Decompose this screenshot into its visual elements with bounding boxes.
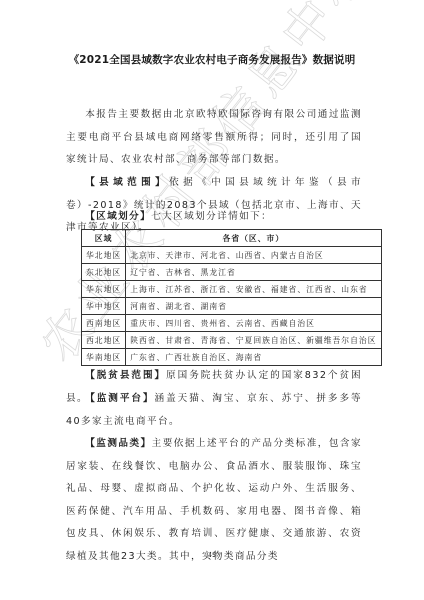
table-row: 西南地区 重庆市、四川省、贵州省、云南省、西藏自治区 [82,315,382,332]
table-header-row: 区域 各省（区、市） [82,230,382,247]
region-cell: 华北地区 [82,247,126,264]
region-cell: 华东地区 [82,281,126,298]
provinces-cell: 陕西省、甘肃省、青海省、宁夏回族自治区、新疆维吾尔自治区 [126,332,381,349]
provinces-cell: 北京市、天津市、河北省、山西省、内蒙古自治区 [126,247,381,264]
table-row: 东北地区 辽宁省、吉林省、黑龙江省 [82,264,382,281]
header-region: 区域 [82,230,126,247]
table-row: 华东地区 上海市、江苏省、浙江省、安徽省、福建省、江西省、山东省 [82,281,382,298]
region-cell: 华中地区 [82,298,126,315]
provinces-cell: 辽宁省、吉林省、黑龙江省 [126,264,381,281]
region-cell: 东北地区 [82,264,126,281]
region-cell: 西南地区 [82,315,126,332]
region-division-text: 七大区域划分详情如下： [151,211,272,222]
monitoring-categories-paragraph: 【监测品类】主要依据上述平台的产品分类标准，包含家居家装、在线餐饮、电脑办公、食… [66,433,362,568]
provinces-cell: 广东省、广西壮族自治区、海南省 [126,349,381,366]
intro-paragraph: 本报告主要数据由北京欧特欧国际咨询有限公司通过监测主要电商平台县域电商网络零售额… [66,104,362,172]
provinces-cell: 重庆市、四川省、贵州省、云南省、西藏自治区 [126,315,381,332]
provinces-cell: 上海市、江苏省、浙江省、安徽省、福建省、江西省、山东省 [126,281,381,298]
region-cell: 华南地区 [82,349,126,366]
region-cell: 西北地区 [82,332,126,349]
table-row: 华南地区 广东省、广西壮族自治区、海南省 [82,349,382,366]
header-provinces: 各省（区、市） [126,230,381,247]
page-number: 45 [0,552,424,559]
document-title: 《2021全国县域数字农业农村电子商务发展报告》数据说明 [0,52,424,67]
region-division-paragraph: 【区域划分】七大区域划分详情如下： [66,206,362,229]
provinces-cell: 河南省、湖北省、湖南省 [126,298,381,315]
region-table: 区域 各省（区、市） 华北地区 北京市、天津市、河北省、山西省、内蒙古自治区 东… [81,229,382,366]
region-division-label: 【区域划分】 [85,211,151,222]
document-page: 农业农村部信息中心 《2021全国县域数字农业农村电子商务发展报告》数据说明 本… [0,0,424,600]
monitoring-categories-text: 主要依据上述平台的产品分类标准，包含家居家装、在线餐饮、电脑办公、食品酒水、服装… [66,438,362,562]
monitoring-categories-label: 【监测品类】 [85,438,151,449]
poverty-scope-label: 【脱贫县范围】 [85,370,166,381]
county-scope-label: 【县域范围】 [85,177,169,188]
table-row: 华北地区 北京市、天津市、河北省、山西省、内蒙古自治区 [82,247,382,264]
monitoring-platforms-paragraph: 【监测平台】涵盖天猫、淘宝、京东、苏宁、拼多多等40多家主流电商平台。 [66,388,362,433]
table-row: 华中地区 河南省、湖北省、湖南省 [82,298,382,315]
monitoring-platforms-label: 【监测平台】 [85,393,154,404]
table-row: 西北地区 陕西省、甘肃省、青海省、宁夏回族自治区、新疆维吾尔自治区 [82,332,382,349]
